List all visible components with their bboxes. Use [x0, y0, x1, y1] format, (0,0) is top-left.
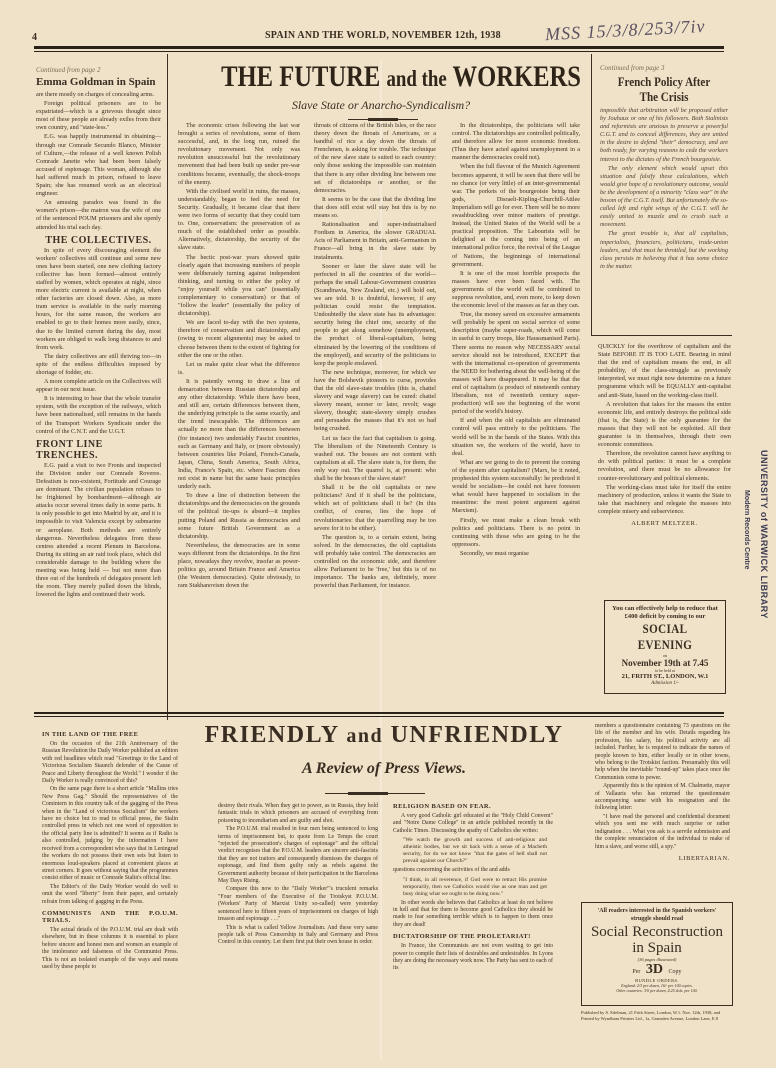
main-column-2: throats of citizens of the British Isles… [314, 122, 436, 591]
paragraph: Foreign political prisoners are to be ex… [36, 100, 161, 132]
bottom-left-column: IN THE LAND OF THE FREE On the occasion … [42, 727, 178, 972]
paragraph: The Editor's of the Daily Worker would d… [42, 884, 178, 906]
ad-title: SOCIAL EVENING [614, 621, 716, 653]
paragraph: We are faced to-day with the two systems… [178, 319, 300, 359]
paragraph: Let us make quite clear what the differe… [178, 361, 300, 377]
archive-stamp-sub: Modern Records Centre [743, 490, 750, 569]
author-signature: LIBERTARIAN. [595, 855, 730, 862]
section-heading: DICTATORSHIP OF THE PROLETARIAT! [393, 933, 553, 940]
social-evening-ad: You can effectively help to reduce that … [604, 600, 726, 694]
ad-address: 21, FRITH ST., LONDON, W.1 [605, 673, 725, 680]
column-divider [167, 54, 168, 720]
masthead-title: SPAIN AND THE WORLD, NOVEMBER 12th, 1938 [265, 30, 501, 41]
paragraph: In the dictatorships, the politicians wi… [452, 122, 580, 162]
headline-part: THE FUTURE [221, 60, 380, 93]
paragraph: The hectic post-war years showed quite c… [178, 254, 300, 319]
ad-text: You can effectively help to reduce that … [611, 605, 719, 621]
section-heading: COMMUNISTS AND THE P.O.U.M. TRIALS. [42, 910, 178, 924]
paragraph: A revolution that takes for the masses t… [598, 401, 731, 450]
paragraph: impossible that arbitration will be prop… [600, 107, 728, 164]
imprint: Published by S. Edelman, 21 Frith Street… [581, 1010, 731, 1022]
paragraph: throats of citizens of the British Isles… [314, 122, 436, 195]
paragraph: On the same page there is a short articl… [42, 786, 178, 882]
right-column-bottom: QUICKLY for the overthrow of capitalism … [598, 343, 731, 527]
paragraph: The great trouble is, that all capitalis… [600, 230, 728, 270]
paragraph: Apparently this is the opinion of M. Cha… [595, 783, 730, 813]
headline-part: and [346, 725, 383, 747]
ad-text: 'All readers interested in the Spanish w… [588, 907, 726, 923]
section-separator [34, 712, 724, 714]
headline-part: WORKERS [452, 60, 580, 93]
paragraph: Let us face the fact that capitalism is … [314, 435, 436, 484]
archive-mark: MSS 15/3/8/253/7iv [545, 16, 706, 45]
continued-note: Continued from page 2 [36, 66, 161, 74]
main-column-3: In the dictatorships, the politicians wi… [452, 122, 580, 559]
paragraph: With the civilised world in ruins, the m… [178, 188, 300, 253]
paragraph: are there mostly on charges of concealin… [36, 91, 161, 99]
price-value: 3D [646, 962, 663, 977]
paragraph: This is what is called Yellow Journalism… [218, 925, 378, 947]
review-headline: FRIENDLY and UNFRIENDLY [184, 722, 584, 749]
ad-text: Other countries: 3/0 per dozen, 4.25 dol… [582, 988, 732, 993]
section-separator-thin [34, 716, 724, 717]
ornament-rule [368, 118, 398, 121]
paragraph: The dairy collectives are still thriving… [36, 353, 161, 377]
paragraph: The new technique, moreover, for which w… [314, 369, 436, 434]
paragraph: Shall it be the old capitalists or new p… [314, 484, 436, 533]
headline-part: and the [386, 66, 446, 91]
paragraph: In France, the Communists are not even w… [393, 943, 553, 973]
paragraph: It is interesting to hear that the whole… [36, 395, 161, 435]
main-column-1: The economic crises following the last w… [178, 122, 300, 591]
paragraph: What are we going to do to prevent the c… [452, 459, 580, 516]
ad-price: Per 3D Copy [582, 962, 732, 978]
paragraph: True, the money saved on excessive armam… [452, 311, 580, 416]
paragraph: Secondly, we must organise [452, 550, 580, 558]
paragraph: destroy their rivals. When they get to p… [218, 803, 378, 825]
paragraph: Sooner or later the slave state will be … [314, 263, 436, 368]
headline-part: UNFRIENDLY [391, 722, 564, 748]
ad-date: November 19th at 7.45 [605, 658, 725, 668]
paragraph: The question is, to a certain extent, be… [314, 534, 436, 591]
archive-stamp: UNIVERSITY of WARWICK LIBRARY [755, 450, 769, 619]
paragraph: If and when the old capitalists are elim… [452, 417, 580, 457]
section-heading: THE COLLECTIVES. [36, 235, 161, 246]
paragraph: The actual details of the P.O.U.M. trial… [42, 927, 178, 971]
main-headline: THE FUTURE and the WORKERS [221, 60, 541, 94]
bottom-right-column: members a questionnaire containing 73 qu… [595, 723, 730, 862]
headline-part: FRIENDLY [205, 722, 339, 748]
paragraph: Therefore, the revolution cannot have an… [598, 450, 731, 482]
paragraph: "I have read the personel and confidenti… [595, 814, 730, 851]
page-number: 4 [32, 32, 37, 43]
price-label: Per [632, 969, 640, 975]
price-label: Copy [669, 969, 682, 975]
section-heading: RELIGION BASED ON FEAR. [393, 803, 553, 810]
article-headline: French Policy After The Crisis [610, 74, 719, 104]
section-heading: IN THE LAND OF THE FREE [42, 731, 178, 738]
paragraph: QUICKLY for the overthrow of capitalism … [598, 343, 731, 400]
review-subtitle: A Review of Press Views. [184, 760, 584, 778]
article-headline: Emma Goldman in Spain [36, 76, 161, 88]
paragraph: E.G. was happily instrumental in obtaini… [36, 133, 161, 198]
paragraph: When the full flavour of the Munich Agre… [452, 163, 580, 268]
paragraph: E.G. paid a visit to two Fronts and insp… [36, 462, 161, 600]
paragraph: A very good Catholic girl educated at th… [393, 813, 553, 835]
paragraph: On the occasion of the 21th Anniversary … [42, 741, 178, 785]
main-subtitle: Slave State or Anarcho-Syndicalism? [186, 98, 576, 113]
right-column-top: Continued from page 3 French Policy Afte… [600, 64, 728, 272]
paragraph: It seems to be the case that the dividin… [314, 196, 436, 220]
paragraph: In spite of every discouraging element t… [36, 247, 161, 352]
paragraph: Compare this now to the "Daily Worker"'s… [218, 886, 378, 923]
paragraph: The P.O.U.M. trial resulted in four men … [218, 826, 378, 885]
left-column: Continued from page 2 Emma Goldman in Sp… [36, 66, 161, 600]
paragraph: A more complete article on the Collectiv… [36, 378, 161, 394]
social-reconstruction-ad: 'All readers interested in the Spanish w… [581, 902, 733, 1006]
review-column-1: destroy their rivals. When they get to p… [218, 803, 378, 948]
ornament-rule [348, 792, 388, 795]
paragraph: Firstly, we must make a clean break with… [452, 517, 580, 549]
section-heading: FRONT LINE TRENCHES. [36, 439, 161, 461]
review-column-2: RELIGION BASED ON FEAR. A very good Cath… [393, 803, 553, 974]
continued-note: Continued from page 3 [600, 64, 728, 72]
paragraph: members a questionnaire containing 73 qu… [595, 723, 730, 782]
paragraph: Nevertheless, the democracies are in som… [178, 542, 300, 591]
paragraph: The economic crises following the last w… [178, 122, 300, 187]
masthead: 4 SPAIN AND THE WORLD, NOVEMBER 12th, 19… [0, 28, 776, 44]
author-signature: ALBERT MELTZER. [598, 520, 731, 527]
paragraph: An amusing paradox was found in the wome… [36, 199, 161, 231]
masthead-rule [34, 46, 724, 49]
paragraph: In other words she believes that Catholi… [393, 900, 553, 930]
paragraph: The only element which would upset this … [600, 165, 728, 230]
paragraph: It is patently wrong to draw a line of d… [178, 378, 300, 491]
paragraph: It is one of the most horrible prospects… [452, 270, 580, 310]
paragraph: To draw a line of distinction between th… [178, 492, 300, 541]
ad-text: Admission 1/- [605, 681, 725, 686]
masthead-rule-thin [34, 51, 724, 52]
quotation: "We watch the growth and success of anti… [403, 837, 547, 865]
paragraph: questions concerning the activities of t… [393, 867, 553, 874]
paragraph: The working-class must take for itself t… [598, 484, 731, 516]
paragraph: Rationalisation and super-industrialised… [314, 221, 436, 261]
ad-title: Social Reconstruction in Spain [586, 924, 728, 956]
quotation: "I think, in all reverence, if God were … [403, 877, 547, 898]
